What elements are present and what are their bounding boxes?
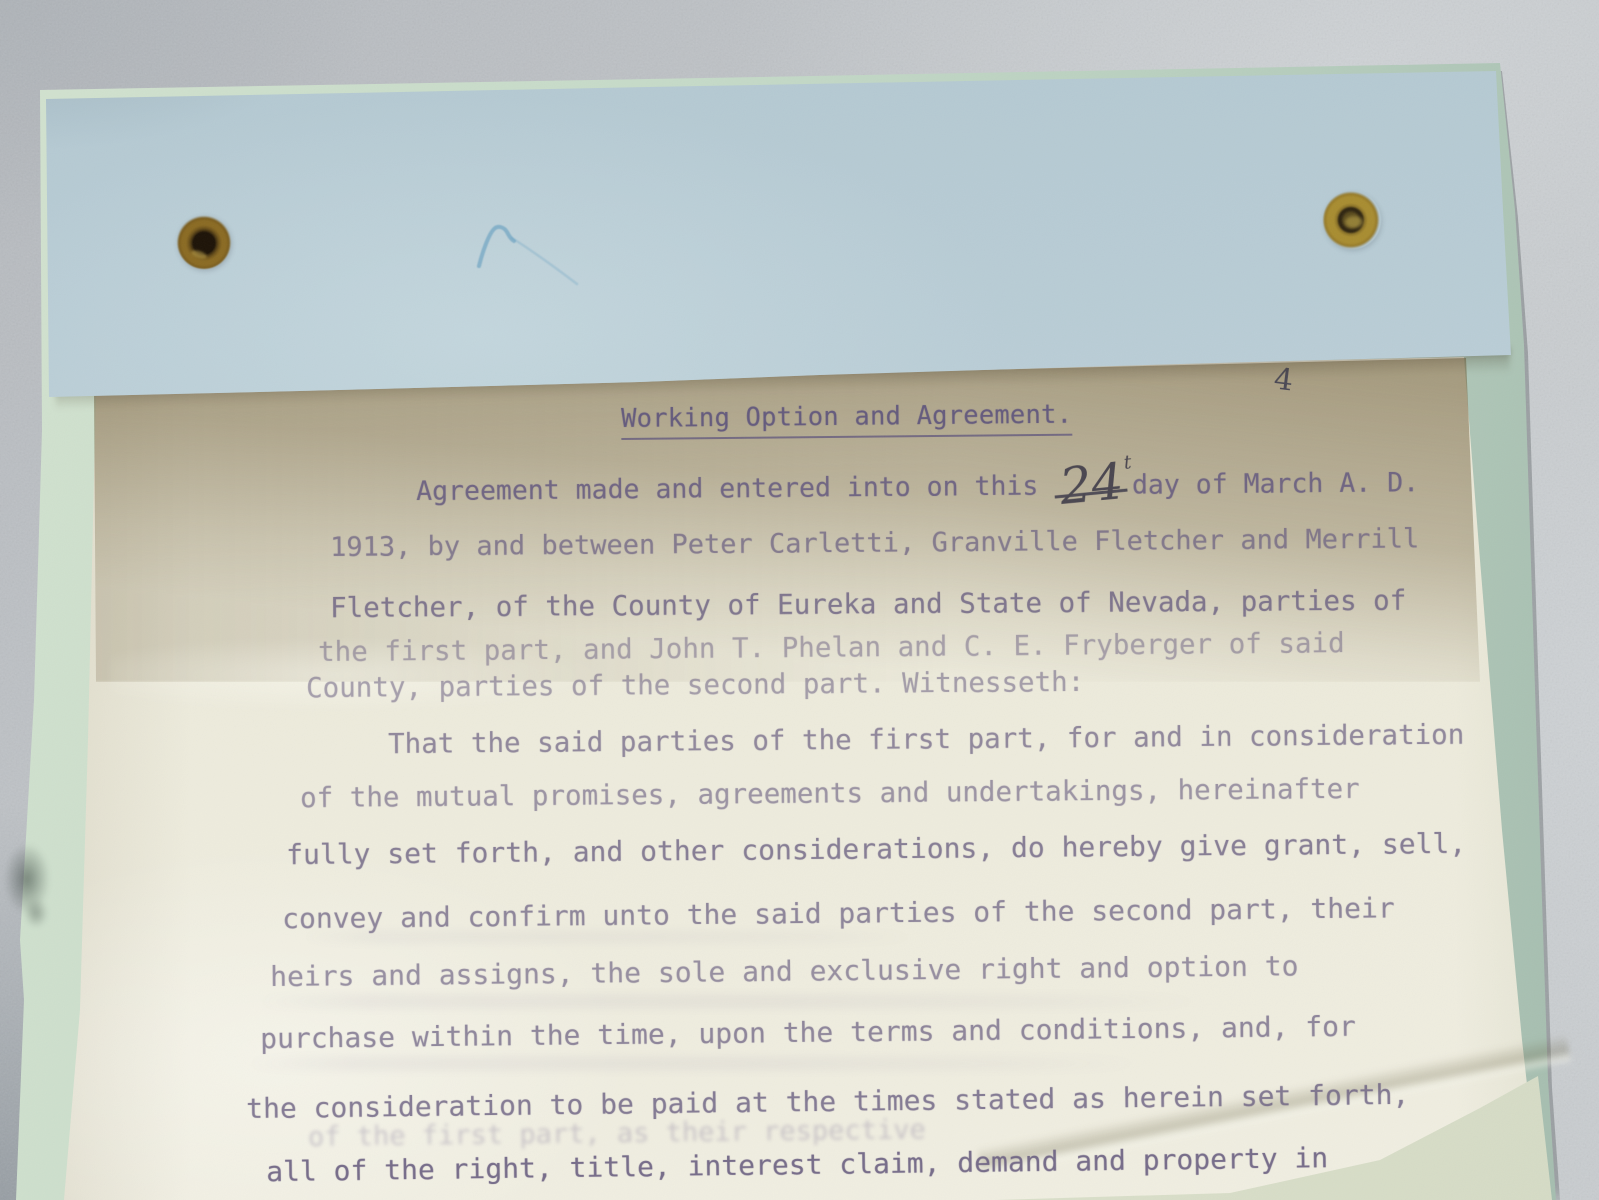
- typed-line: County, parties of the second part. Witn…: [306, 666, 1084, 704]
- typed-line: That the said parties of the first part,…: [388, 719, 1464, 760]
- bleedthrough-smudge: [255, 994, 1205, 1009]
- brass-grommet-left: [177, 215, 231, 269]
- typed-line: of the mutual promises, agreements and u…: [300, 773, 1360, 814]
- photo-canvas: of the first part, as their respective W…: [0, 0, 1599, 1200]
- handwritten-day: 24t: [1054, 479, 1128, 499]
- brass-grommet-right: [1323, 191, 1381, 249]
- typed-line: Agreement made and entered into on this …: [416, 467, 1419, 507]
- typed-line: 1913, by and between Peter Carletti, Gra…: [330, 523, 1419, 563]
- handwritten-day-suffix: t: [1124, 462, 1132, 465]
- typed-line: heirs and assigns, the sole and exclusiv…: [270, 949, 1299, 993]
- document-title: Working Option and Agreement.: [621, 400, 1072, 440]
- typed-line: the first part, and John T. Phelan and C…: [318, 627, 1345, 668]
- bleedthrough-smudge: [245, 1056, 1145, 1071]
- typed-line: purchase within the time, upon the terms…: [260, 1010, 1356, 1055]
- typed-line: Fletcher, of the County of Eureka and St…: [330, 584, 1406, 624]
- typed-line: convey and confirm unto the said parties…: [282, 891, 1395, 935]
- typed-line: fully set forth, and other consideration…: [286, 827, 1466, 871]
